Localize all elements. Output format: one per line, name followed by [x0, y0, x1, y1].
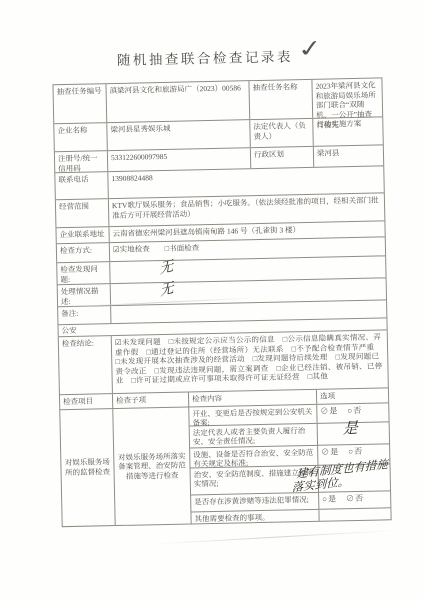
paper-crease: [155, 530, 395, 544]
option-row-6: [319, 507, 390, 520]
handwritten-none-2: 无: [160, 284, 175, 297]
option-row-2: 是: [318, 421, 389, 444]
table-row-conclusion: 检查结论: ☑未发现问题 □未按规定公示应当公示的信息 □公示信息隐瞒真实情况、…: [59, 329, 388, 394]
legal-rep-value: 肖俊先: [312, 117, 383, 145]
company-value: 梁河县星秀娱乐城: [106, 120, 250, 150]
handwritten-yes: 是: [343, 424, 358, 435]
header-sub: 检查子项: [112, 393, 188, 409]
task-no-value: 滇梁河县文化和旅游局广（2023）00586: [105, 81, 249, 122]
document-sheet: 随机抽查联合检查记录表 ✓ 抽查任务编号 滇梁河县文化和旅游局广（2023）00…: [0, 0, 424, 600]
method-label: 检查方式:: [57, 243, 109, 262]
content-row-3: 设施、设备是否符合治安、安全防范有关规定及标准;: [190, 445, 317, 468]
address-label: 企业联系地址: [56, 227, 108, 243]
content-row-6: 其他需要检查的事项。: [191, 509, 318, 524]
header-content: 检查内容: [188, 390, 316, 407]
handling-label: 处理情况描述:: [58, 284, 110, 306]
scanned-document-page: 随机抽查联合检查记录表 ✓ 抽查任务编号 滇梁河县文化和旅游局广（2023）00…: [0, 0, 424, 600]
company-label: 企业名称: [54, 123, 107, 151]
district-value: 梁河县: [313, 145, 383, 166]
handwritten-none-1: 无: [159, 262, 174, 275]
legal-rep-label: 法定代表人（负责人）: [249, 119, 313, 147]
task-no-label: 抽查任务编号: [53, 84, 106, 123]
registration-value: 533122600097985: [107, 148, 250, 171]
conclusion-checkboxes: ☑未发现问题 □未按规定公示应当公示的信息 □公示信息隐瞒真实情况、弄虚作假 □…: [111, 330, 388, 393]
issues-label: 检查发现问题:: [57, 262, 109, 284]
inspection-item-cell: 对娱乐服务场所的监督检查: [60, 409, 114, 526]
inspection-sub-cell: 对娱乐服务场所落实备案管理、治安防范措施等进行检查: [112, 408, 190, 526]
scope-label: 经营范围: [56, 199, 109, 227]
inspection-content-column: 开业、变更后是否按规定到公安机关备案; 法定代表人或者主要负责人履行治安、安全责…: [188, 405, 318, 524]
header-item: 检查项目: [60, 394, 112, 409]
task-name-label: 抽查任务名称: [248, 80, 312, 119]
registration-label: 注册号/统一信用码: [55, 151, 107, 172]
conclusion-label: 检查结论:: [59, 336, 112, 394]
remark-label: 备注:: [58, 306, 110, 324]
option-row-5: ○是 ⊘否: [319, 490, 390, 508]
district-label: 行政区划: [250, 147, 313, 168]
header-option: 选项: [316, 388, 388, 404]
table-row-task: 抽查任务编号 滇梁河县文化和旅游局广（2023）00586 抽查任务名称 202…: [53, 78, 382, 123]
phone-label: 联系电话: [55, 172, 108, 199]
handwritten-check-icon: ✓: [296, 34, 325, 64]
inspection-record-table: 抽查任务编号 滇梁河县文化和旅游局广（2023）00586 抽查任务名称 202…: [52, 77, 391, 527]
task-name-value: 2023年梁河县文化和旅游局娱乐场所部门联合“双随机、一公开”抽查行动实施方案: [311, 78, 382, 117]
